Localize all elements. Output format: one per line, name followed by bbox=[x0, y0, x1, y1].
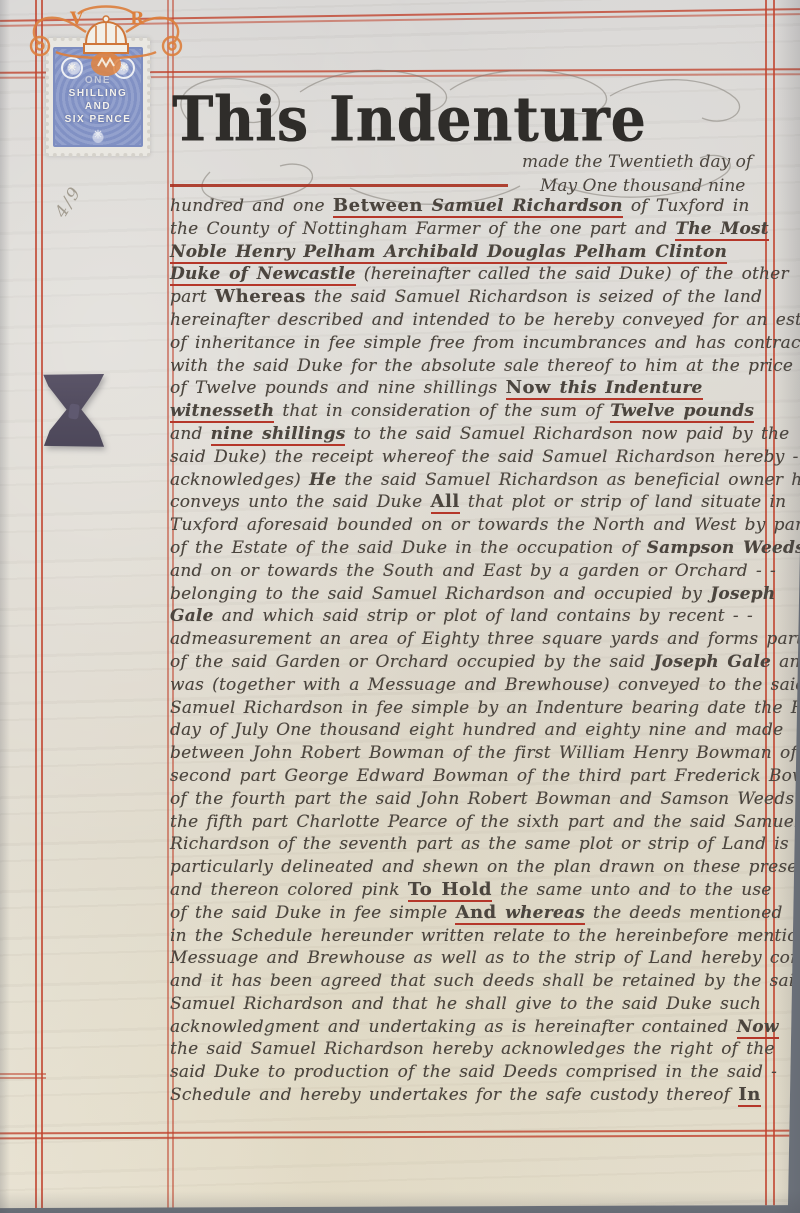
deed-line: hundred and one Between Samuel Richardso… bbox=[170, 195, 782, 218]
deed-line: Tuxford aforesaid bounded on or towards … bbox=[170, 514, 782, 537]
deed-text: hundred and one Between Samuel Richardso… bbox=[170, 195, 782, 1107]
deed-phrase: and it has been agreed that such deeds s… bbox=[170, 971, 800, 991]
deed-line: witnesseth that in consideration of the … bbox=[170, 400, 782, 423]
deed-phrase: part bbox=[170, 287, 215, 307]
stamp-text-sixpence: SIX PENCE bbox=[55, 113, 141, 126]
deed-phrase: of the said Duke in fee simple bbox=[170, 903, 455, 923]
stamp-bottom-ornament-icon: ✳ bbox=[55, 128, 141, 141]
deed-phrase: Sampson Weeds bbox=[647, 538, 800, 558]
deed-phrase: Whereas bbox=[215, 286, 306, 307]
deed-phrase: said Duke to production of the said Deed… bbox=[170, 1062, 777, 1082]
deed-phrase: of the fourth part the said John Robert … bbox=[170, 789, 800, 809]
deed-line: hereinafter described and intended to be… bbox=[170, 309, 782, 332]
deed-phrase: the said Samuel Richardson hereby acknow… bbox=[170, 1039, 775, 1059]
deed-line: the County of Nottingham Farmer of the o… bbox=[170, 218, 782, 241]
title-underline bbox=[170, 184, 508, 187]
deed-phrase: second part George Edward Bowman of the … bbox=[170, 766, 800, 786]
rule-bottom-line-a bbox=[0, 1130, 800, 1135]
deed-phrase-underlined: All bbox=[431, 491, 460, 514]
deed-phrase: (hereinafter called the said Duke) of th… bbox=[356, 264, 789, 284]
deed-phrase: conveys unto the said Duke bbox=[170, 492, 431, 512]
deed-line: between John Robert Bowman of the first … bbox=[170, 742, 782, 765]
deed-line: of inheritance in fee simple free from i… bbox=[170, 332, 782, 355]
deed-line: acknowledgment and undertaking as is her… bbox=[170, 1016, 782, 1039]
deed-line: the fifth part Charlotte Pearce of the s… bbox=[170, 811, 782, 834]
deed-phrase: and on or towards the South and East by … bbox=[170, 561, 776, 581]
deed-phrase: admeasurement an area of Eighty three sq… bbox=[170, 629, 800, 649]
deed-phrase: Schedule and hereby undertakes for the s… bbox=[170, 1085, 738, 1105]
deed-line: said Duke) the receipt whereof the said … bbox=[170, 446, 782, 469]
deed-line: Samuel Richardson and that he shall give… bbox=[170, 993, 782, 1016]
ribbon-bow-knot bbox=[68, 403, 80, 419]
deed-title: This Indenture bbox=[172, 82, 646, 155]
deed-phrase-underlined: nine shillings bbox=[211, 424, 346, 446]
deed-phrase: day of July One thousand eight hundred a… bbox=[170, 720, 783, 740]
deed-phrase: hundred and one bbox=[170, 196, 333, 216]
deed-phrase: Messuage and Brewhouse as well as to the… bbox=[170, 948, 800, 968]
deed-phrase: Tuxford aforesaid bounded on or towards … bbox=[170, 515, 800, 535]
deed-phrase: in the Schedule hereunder written relate… bbox=[170, 926, 800, 946]
deed-phrase: between John Robert Bowman of the first … bbox=[170, 743, 800, 763]
deed-phrase: and bbox=[170, 424, 211, 444]
deed-line: of the said Duke in fee simple And where… bbox=[170, 902, 782, 925]
deed-line: conveys unto the said Duke All that plot… bbox=[170, 491, 782, 514]
deed-phrase-underlined: Now bbox=[506, 377, 552, 400]
deed-phrase: of Twelve pounds and nine shillings bbox=[170, 378, 506, 398]
deed-phrase: hereinafter described and intended to be… bbox=[170, 310, 800, 330]
deed-phrase: was (together with a Messuage and Brewho… bbox=[170, 675, 800, 695]
deed-phrase: Joseph bbox=[710, 584, 775, 604]
deed-phrase: with the said Duke for the absolute sale… bbox=[170, 356, 793, 376]
deed-line: Duke of Newcastle (hereinafter called th… bbox=[170, 263, 782, 286]
intro-line-1: made the Twentieth day of bbox=[522, 152, 752, 172]
scanned-indenture-page: ✳ ✳ ONE SHILLING AND SIX PENCE ✳ bbox=[0, 0, 800, 1213]
parchment-paper: ✳ ✳ ONE SHILLING AND SIX PENCE ✳ bbox=[0, 0, 800, 1213]
deed-phrase: the said Samuel Richardson as beneficial… bbox=[336, 470, 800, 490]
deed-phrase-underlined: Between bbox=[333, 195, 423, 218]
ribbon-bow bbox=[42, 374, 106, 448]
deed-line: and thereon colored pink To Hold the sam… bbox=[170, 879, 782, 902]
deed-phrase-underlined: Noble Henry Pelham Archibald Douglas Pel… bbox=[170, 242, 727, 264]
deed-line: Gale and which said strip or plot of lan… bbox=[170, 605, 782, 628]
emboss-letter-v: V bbox=[69, 9, 84, 29]
deed-phrase: of the Estate of the said Duke in the oc… bbox=[170, 538, 647, 558]
intro-line-2: May One thousand nine bbox=[540, 176, 745, 196]
deed-line: acknowledges) He the said Samuel Richard… bbox=[170, 469, 782, 492]
deed-phrase: to the said Samuel Richardson now paid b… bbox=[345, 424, 789, 444]
deed-line: Noble Henry Pelham Archibald Douglas Pel… bbox=[170, 241, 782, 264]
deed-phrase: Richardson of the seventh part as the sa… bbox=[170, 834, 800, 854]
stamp-text-and: AND bbox=[55, 100, 141, 113]
deed-phrase-underlined: In bbox=[738, 1084, 761, 1107]
deed-line: belonging to the said Samuel Richardson … bbox=[170, 583, 782, 606]
crown-icon bbox=[84, 16, 128, 53]
deed-phrase: Samuel Richardson in fee simple by an In… bbox=[170, 698, 800, 718]
deed-phrase-underlined: The Most bbox=[675, 219, 768, 241]
deed-phrase: belonging to the said Samuel Richardson … bbox=[170, 584, 710, 604]
deed-phrase-underlined: Samuel Richardson bbox=[423, 196, 623, 218]
deed-phrase: particularly delineated and shewn on the… bbox=[170, 857, 800, 877]
deed-line: Schedule and hereby undertakes for the s… bbox=[170, 1084, 782, 1107]
stamp-denomination: ONE SHILLING AND SIX PENCE bbox=[55, 74, 141, 126]
deed-line: and it has been agreed that such deeds s… bbox=[170, 970, 782, 993]
deed-phrase: that in consideration of the sum of bbox=[274, 401, 610, 421]
rule-bottom-short-b bbox=[0, 1077, 46, 1079]
deed-line: day of July One thousand eight hundred a… bbox=[170, 719, 782, 742]
deed-phrase-underlined: Now bbox=[737, 1017, 779, 1039]
pencil-annotation: 4/9 bbox=[51, 183, 86, 222]
deed-phrase: the fifth part Charlotte Pearce of the s… bbox=[170, 812, 800, 832]
deed-phrase: the same unto and to the use bbox=[492, 880, 772, 900]
deed-phrase: acknowledges) bbox=[170, 470, 309, 490]
deed-phrase: the County of Nottingham Farmer of the o… bbox=[170, 219, 675, 239]
rule-bottom-line-b bbox=[0, 1135, 800, 1140]
deed-phrase: of Tuxford in bbox=[623, 196, 750, 216]
heading-block: This Indenture made the Twentieth day of… bbox=[150, 62, 790, 212]
deed-phrase: and bbox=[771, 652, 800, 672]
deed-phrase: and which said strip or plot of land con… bbox=[214, 606, 753, 626]
deed-phrase: Samuel Richardson and that he shall give… bbox=[170, 994, 761, 1014]
deed-phrase: the said Samuel Richardson is seized of … bbox=[306, 287, 762, 307]
deed-phrase-underlined: whereas bbox=[497, 903, 585, 925]
deed-line: particularly delineated and shewn on the… bbox=[170, 856, 782, 879]
deed-line: second part George Edward Bowman of the … bbox=[170, 765, 782, 788]
deed-phrase: acknowledgment and undertaking as is her… bbox=[170, 1017, 737, 1037]
deed-phrase-underlined: Twelve pounds bbox=[610, 401, 754, 423]
rule-left-margin-a bbox=[35, 0, 37, 1213]
deed-line: Messuage and Brewhouse as well as to the… bbox=[170, 947, 782, 970]
deed-phrase-underlined: this Indenture bbox=[551, 378, 702, 400]
deed-phrase-underlined: Duke of Newcastle bbox=[170, 264, 356, 286]
stamp-text-shilling: SHILLING bbox=[55, 87, 141, 100]
deed-phrase: said Duke) the receipt whereof the said … bbox=[170, 447, 799, 467]
deed-line: in the Schedule hereunder written relate… bbox=[170, 925, 782, 948]
deed-phrase-underlined: To Hold bbox=[408, 879, 492, 902]
deed-phrase: of the said Garden or Orchard occupied b… bbox=[170, 652, 654, 672]
deed-line: was (together with a Messuage and Brewho… bbox=[170, 674, 782, 697]
deed-line: and nine shillings to the said Samuel Ri… bbox=[170, 423, 782, 446]
deed-line: with the said Duke for the absolute sale… bbox=[170, 355, 782, 378]
deed-line: Richardson of the seventh part as the sa… bbox=[170, 833, 782, 856]
deed-line: admeasurement an area of Eighty three sq… bbox=[170, 628, 782, 651]
deed-phrase-underlined: And bbox=[455, 902, 496, 925]
deed-line: and on or towards the South and East by … bbox=[170, 560, 782, 583]
deed-line: Samuel Richardson in fee simple by an In… bbox=[170, 697, 782, 720]
deed-line: part Whereas the said Samuel Richardson … bbox=[170, 286, 782, 309]
deed-phrase: of inheritance in fee simple free from i… bbox=[170, 333, 800, 353]
rule-bottom-short-a bbox=[0, 1073, 46, 1075]
emboss-letter-r: R bbox=[130, 9, 145, 29]
deed-line: said Duke to production of the said Deed… bbox=[170, 1061, 782, 1084]
deed-line: of the said Garden or Orchard occupied b… bbox=[170, 651, 782, 674]
deed-phrase: Gale bbox=[170, 606, 214, 626]
deed-line: the said Samuel Richardson hereby acknow… bbox=[170, 1038, 782, 1061]
deed-phrase-underlined: witnesseth bbox=[170, 401, 274, 423]
deed-phrase: and thereon colored pink bbox=[170, 880, 408, 900]
deed-phrase: the deeds mentioned bbox=[585, 903, 783, 923]
deed-line: of the Estate of the said Duke in the oc… bbox=[170, 537, 782, 560]
deed-phrase: Joseph Gale bbox=[654, 652, 771, 672]
deed-line: of Twelve pounds and nine shillings Now … bbox=[170, 377, 782, 400]
deed-phrase: He bbox=[309, 470, 336, 490]
rule-left-margin-b bbox=[41, 0, 43, 1213]
deed-phrase: that plot or strip of land situate in bbox=[460, 492, 787, 512]
deed-line: of the fourth part the said John Robert … bbox=[170, 788, 782, 811]
